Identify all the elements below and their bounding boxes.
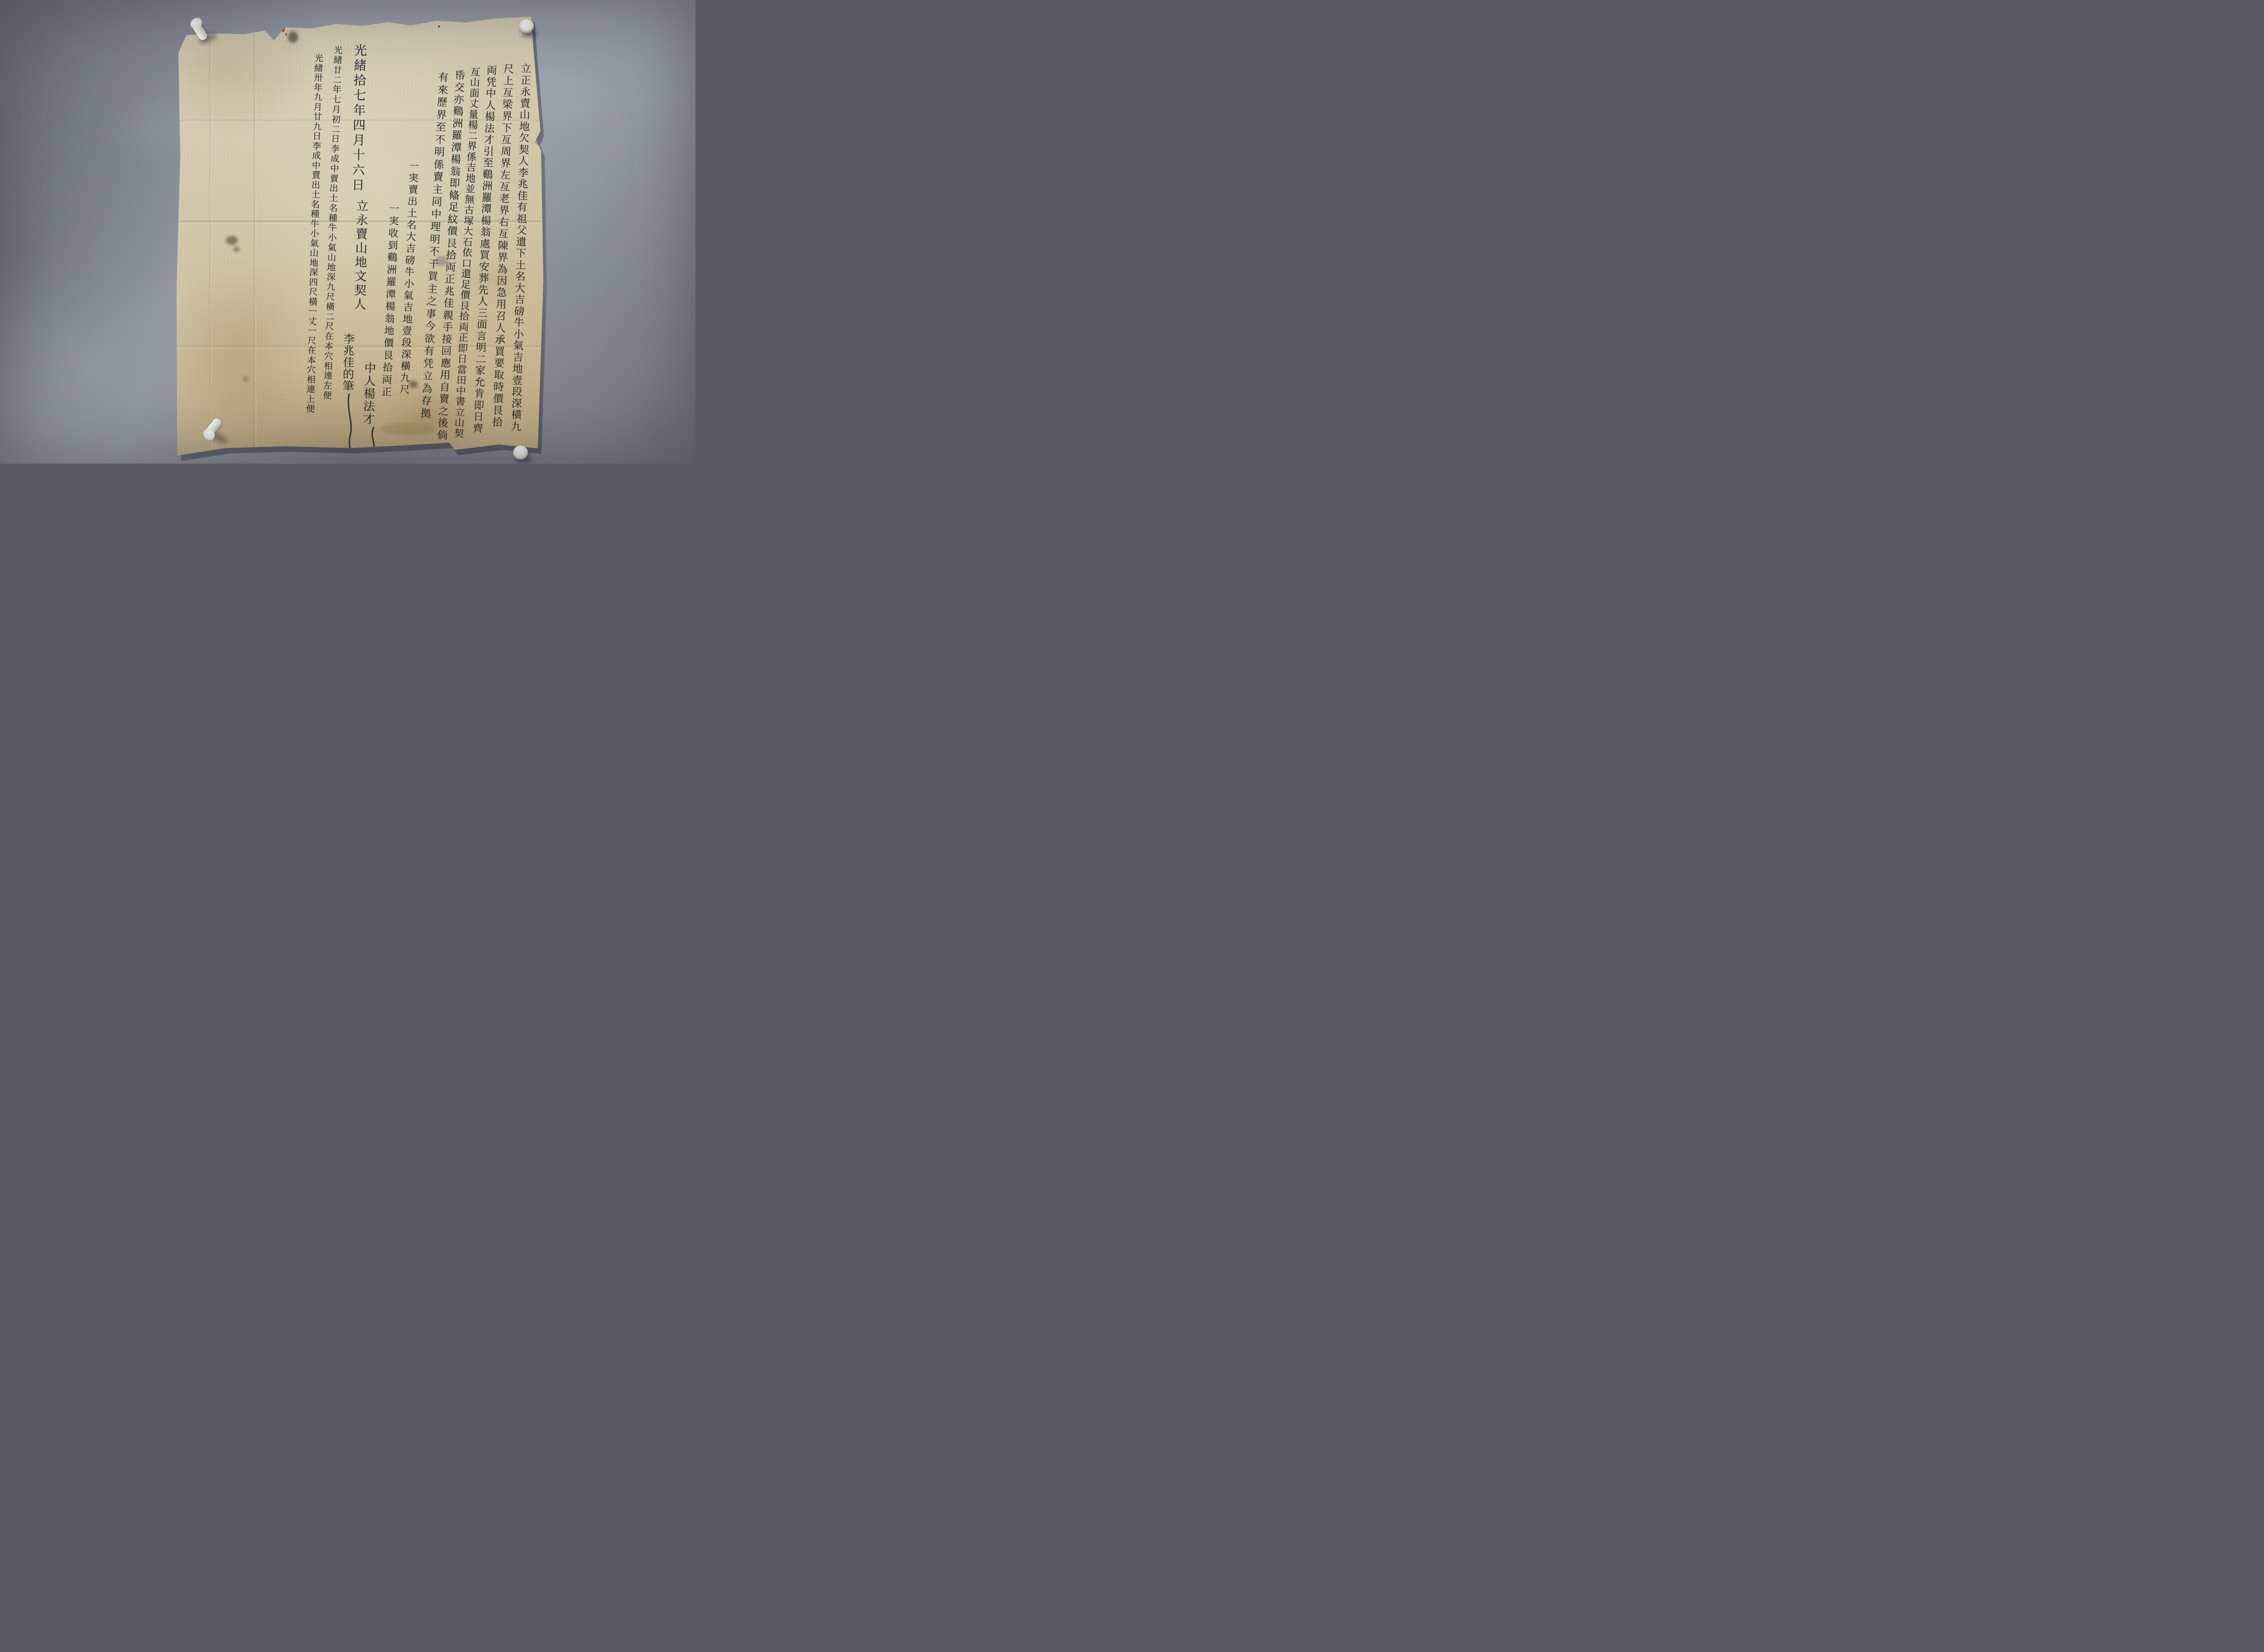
photo: 立正永賣山地欠契人李兆佳有祖父遺下土名大吉磅牛小氣吉地壹段深橫九 尺上亙梁界下亙…	[0, 0, 696, 464]
photo-vignette	[0, 0, 696, 464]
